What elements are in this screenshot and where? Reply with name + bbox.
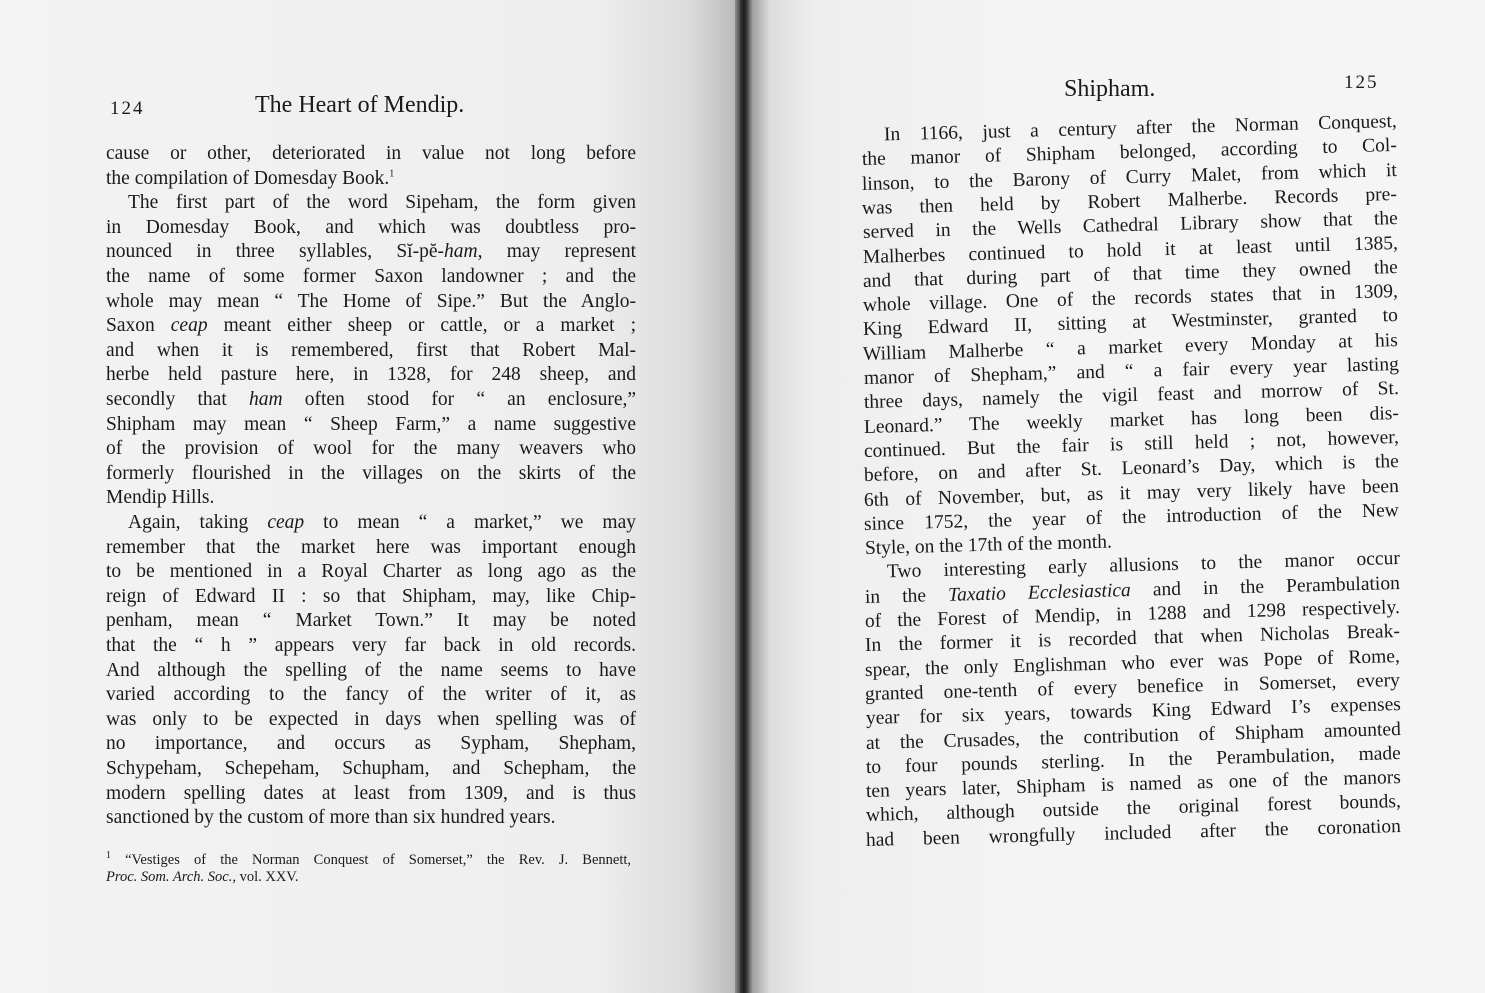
left-text-line: was only to be expected in days when spe…	[106, 708, 636, 732]
footnote-marker: 1	[106, 850, 111, 861]
left-text-line: And although the spelling of the name se…	[106, 659, 636, 683]
left-text-line: cause or other, deteriorated in value no…	[106, 142, 636, 166]
left-text-line: Again, taking ceap to mean “ a market,” …	[106, 511, 636, 535]
left-text-line: formerly flourished in the villages on t…	[106, 462, 636, 486]
left-text-line: Mendip Hills.	[106, 486, 636, 510]
footnote-reference: 1	[389, 168, 394, 179]
left-text-line: the name of some former Saxon landowner …	[106, 265, 636, 289]
left-text-line: penham, mean “ Market Town.” It may be n…	[106, 609, 636, 633]
left-text-line: nounced in three syllables, Sĭ-pĕ-ham, m…	[106, 240, 636, 264]
left-text-line: and when it is remembered, first that Ro…	[106, 339, 636, 363]
footnote-journal: Proc. Som. Arch. Soc.,	[106, 869, 236, 885]
right-page-number: 125	[1344, 72, 1379, 94]
left-page: 124 The Heart of Mendip. cause or other,…	[0, 0, 740, 993]
left-text-line: no importance, and occurs as Sypham, She…	[106, 732, 636, 756]
left-text-line: herbe held pasture here, in 1328, for 24…	[106, 363, 636, 387]
left-text-line: in Domesday Book, and which was doubtles…	[106, 216, 636, 240]
book-gutter	[735, 0, 753, 993]
left-text-line: Shipham may mean “ Sheep Farm,” a name s…	[106, 413, 636, 437]
left-text-line: sanctioned by the custom of more than si…	[106, 806, 636, 830]
left-text-line: varied according to the fancy of the wri…	[106, 683, 636, 707]
left-text-line: whole may mean “ The Home of Sipe.” But …	[106, 290, 636, 314]
left-text-line: modern spelling dates at least from 1309…	[106, 782, 636, 806]
footnote-line-2: Proc. Som. Arch. Soc., vol. XXV.	[106, 869, 631, 886]
left-text-line: reign of Edward II : so that Shipham, ma…	[106, 585, 636, 609]
footnote-line-1: 1 “Vestiges of the Norman Conquest of So…	[106, 852, 631, 869]
right-running-head: Shipham.	[1064, 76, 1155, 103]
left-text-line: Schypeham, Schepeham, Schupham, and Sche…	[106, 757, 636, 781]
left-text-line: secondly that ham often stood for “ an e…	[106, 388, 636, 412]
left-text-line: remember that the market here was import…	[106, 536, 636, 560]
left-text-line: that the “ h ” appears very far back in …	[106, 634, 636, 658]
left-text-line: of the provision of wool for the many we…	[106, 437, 636, 461]
open-book-spread: 124 The Heart of Mendip. cause or other,…	[0, 0, 1485, 993]
footnote-volume: vol. XXV.	[236, 869, 299, 885]
left-text-line: the compilation of Domesday Book.1	[106, 167, 636, 191]
left-running-head: The Heart of Mendip.	[255, 92, 464, 119]
left-page-number: 124	[110, 98, 145, 120]
left-text-line: to be mentioned in a Royal Charter as lo…	[106, 560, 636, 584]
left-text-line: The first part of the word Sipeham, the …	[106, 191, 636, 215]
footnote-text: “Vestiges of the Norman Conquest of Some…	[125, 852, 631, 868]
left-text-line: Saxon ceap meant either sheep or cattle,…	[106, 314, 636, 338]
